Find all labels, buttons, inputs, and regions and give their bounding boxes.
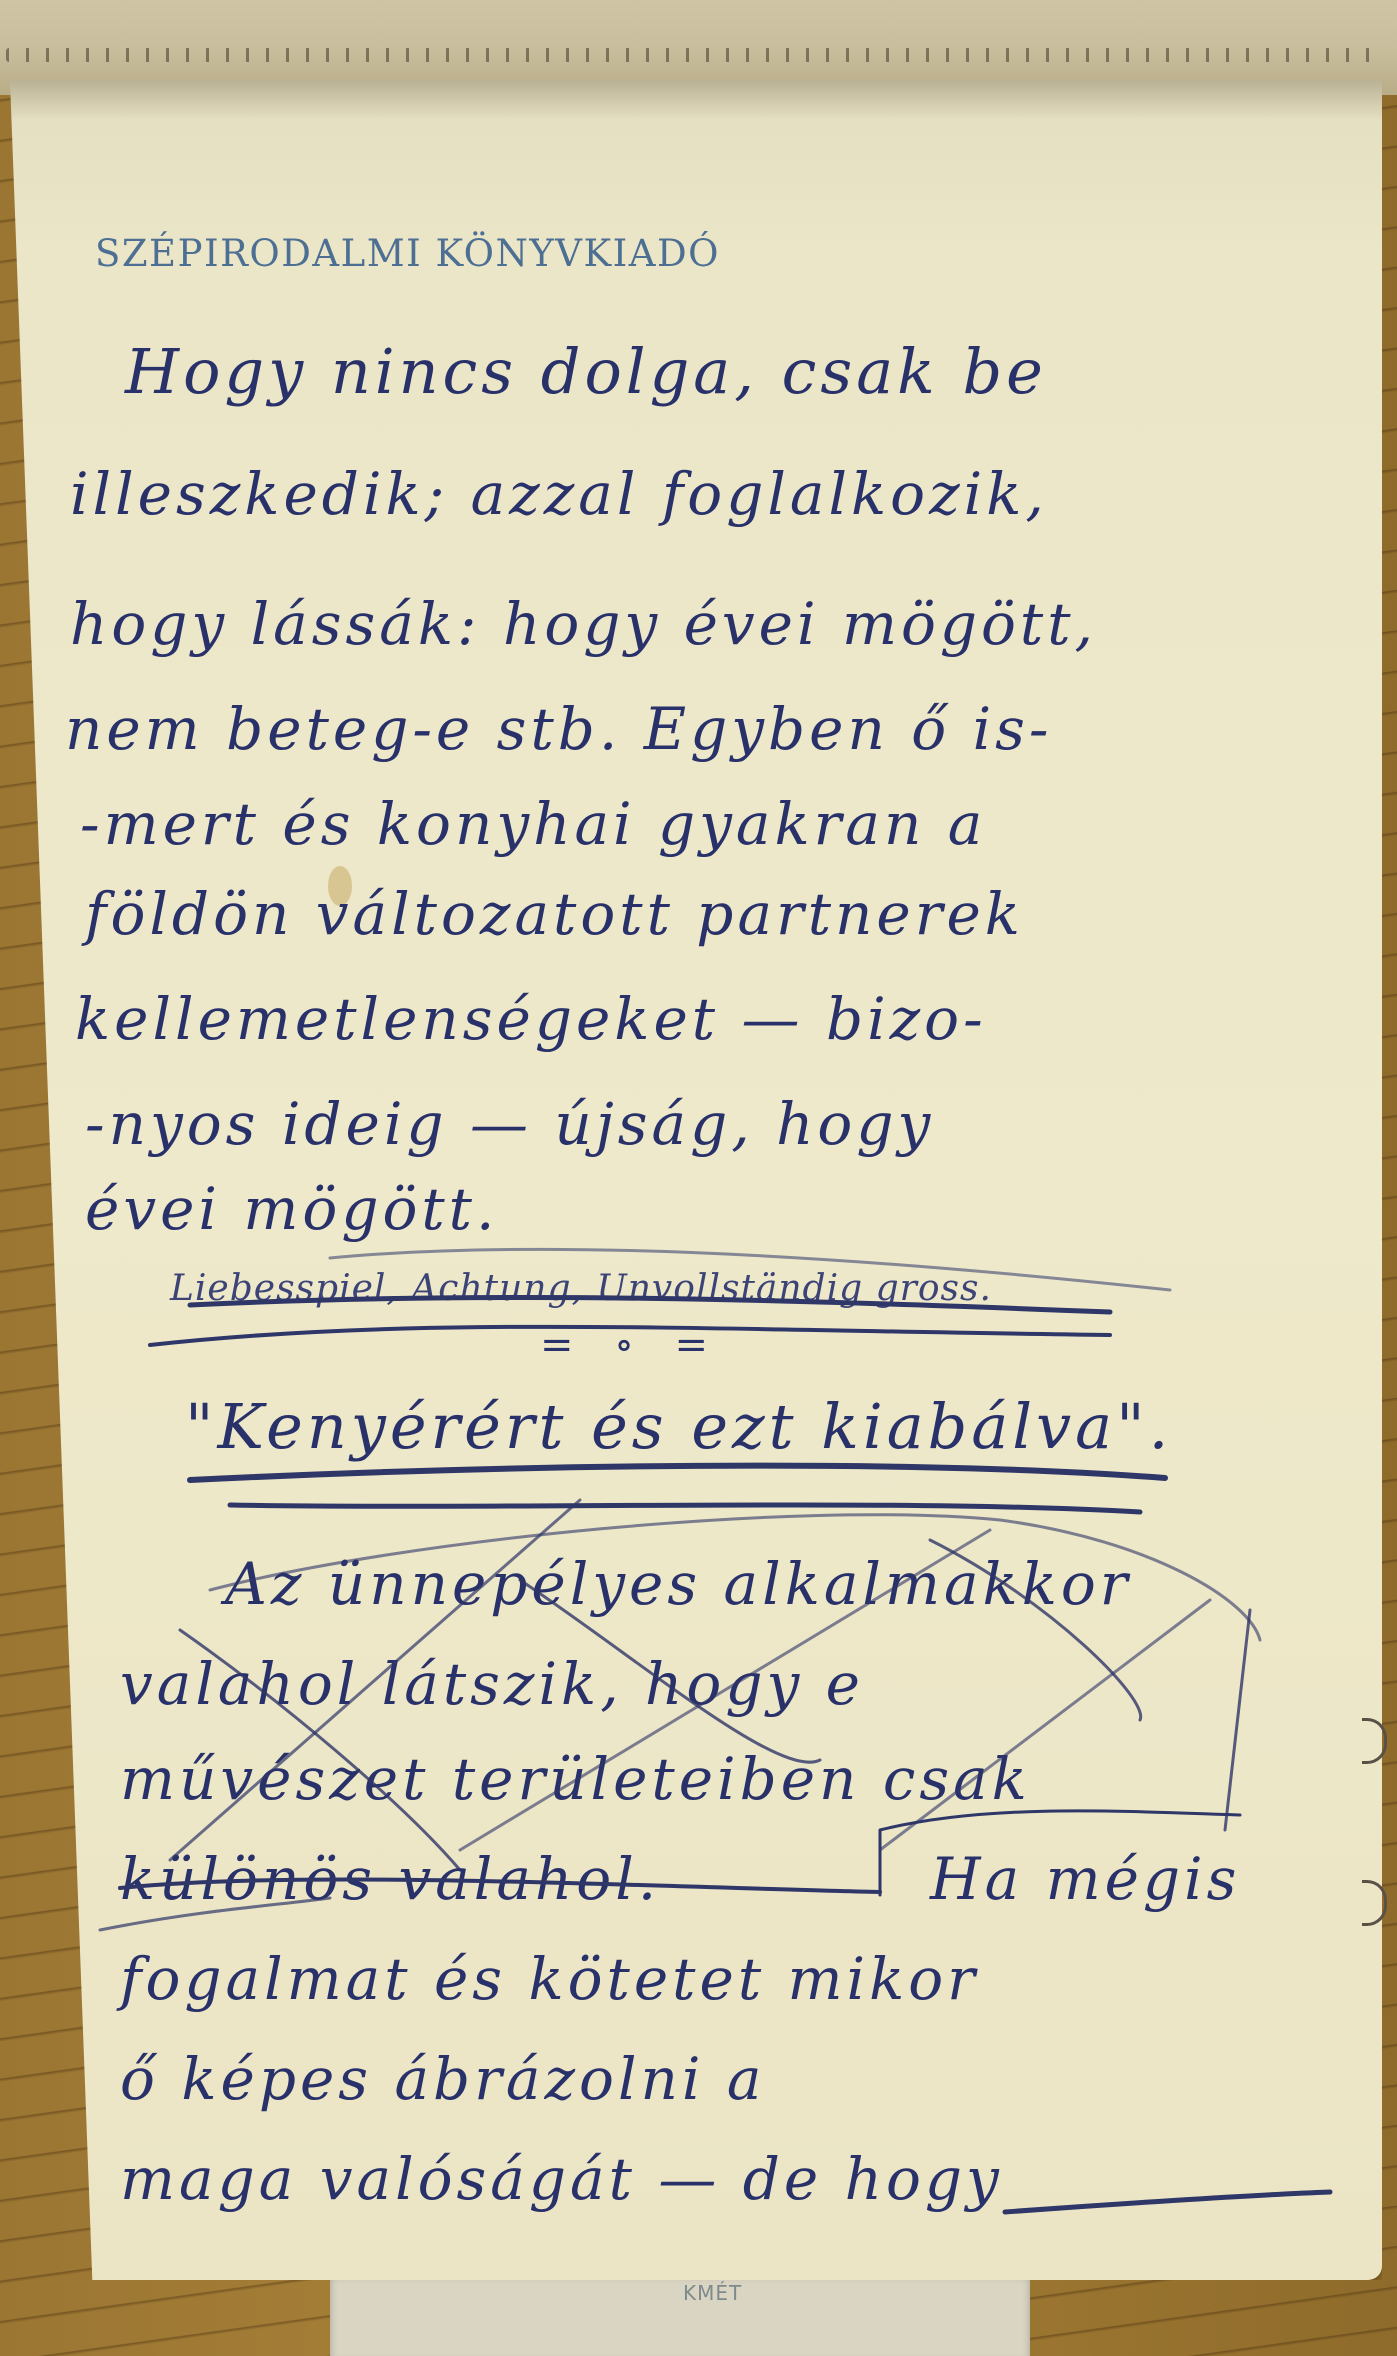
handwritten-line: Hogy nincs dolga, csak be: [125, 335, 1047, 408]
handwritten-line: évei mögött.: [85, 1175, 498, 1243]
crossed-out-line: Az ünnepélyes alkalmakkor: [225, 1550, 1131, 1618]
footer-printer-mark: KMÉT: [683, 2281, 742, 2305]
crossed-out-line: valahol látszik, hogy e: [120, 1650, 864, 1718]
crossed-out-line: művészet területeiben csak: [120, 1745, 1031, 1813]
crossed-out-line: különös valahol.: [120, 1845, 660, 1913]
handwritten-line: illeszkedik; azzal foglalkozik,: [70, 460, 1048, 528]
handwritten-line: maga valóságát — de hogy: [120, 2145, 1003, 2213]
handwritten-line: -mert és konyhai gyakran a: [80, 790, 986, 858]
handwritten-line: Ha mégis: [930, 1845, 1240, 1913]
perforation-line: [6, 48, 1377, 62]
struck-note: Liebesspiel, Achtung, Unvollständig gros…: [170, 1268, 992, 1309]
symbol-line: = ∘ =: [540, 1322, 722, 1368]
handwritten-line: -nyos ideig — újság, hogy: [85, 1090, 934, 1158]
handwritten-line: kellemetlenségeket — bizo-: [75, 985, 987, 1053]
publisher-header: SZÉPIRODALMI KÖNYVKIADÓ: [95, 232, 720, 275]
handwritten-line: nem beteg-e stb. Egyben ő is-: [65, 695, 1053, 763]
underlying-pages: [330, 2270, 1030, 2356]
handwritten-line: hogy lássák: hogy évei mögött,: [70, 590, 1097, 658]
handwritten-line: ő képes ábrázolni a: [120, 2045, 765, 2113]
handwritten-line: fogalmat és kötetet mikor: [120, 1945, 979, 2013]
page-top-shadow: [10, 80, 1382, 120]
handwritten-line: földön változatott partnerek: [85, 880, 1024, 948]
quoted-title-line: "Kenyérért és ezt kiabálva".: [185, 1390, 1172, 1463]
